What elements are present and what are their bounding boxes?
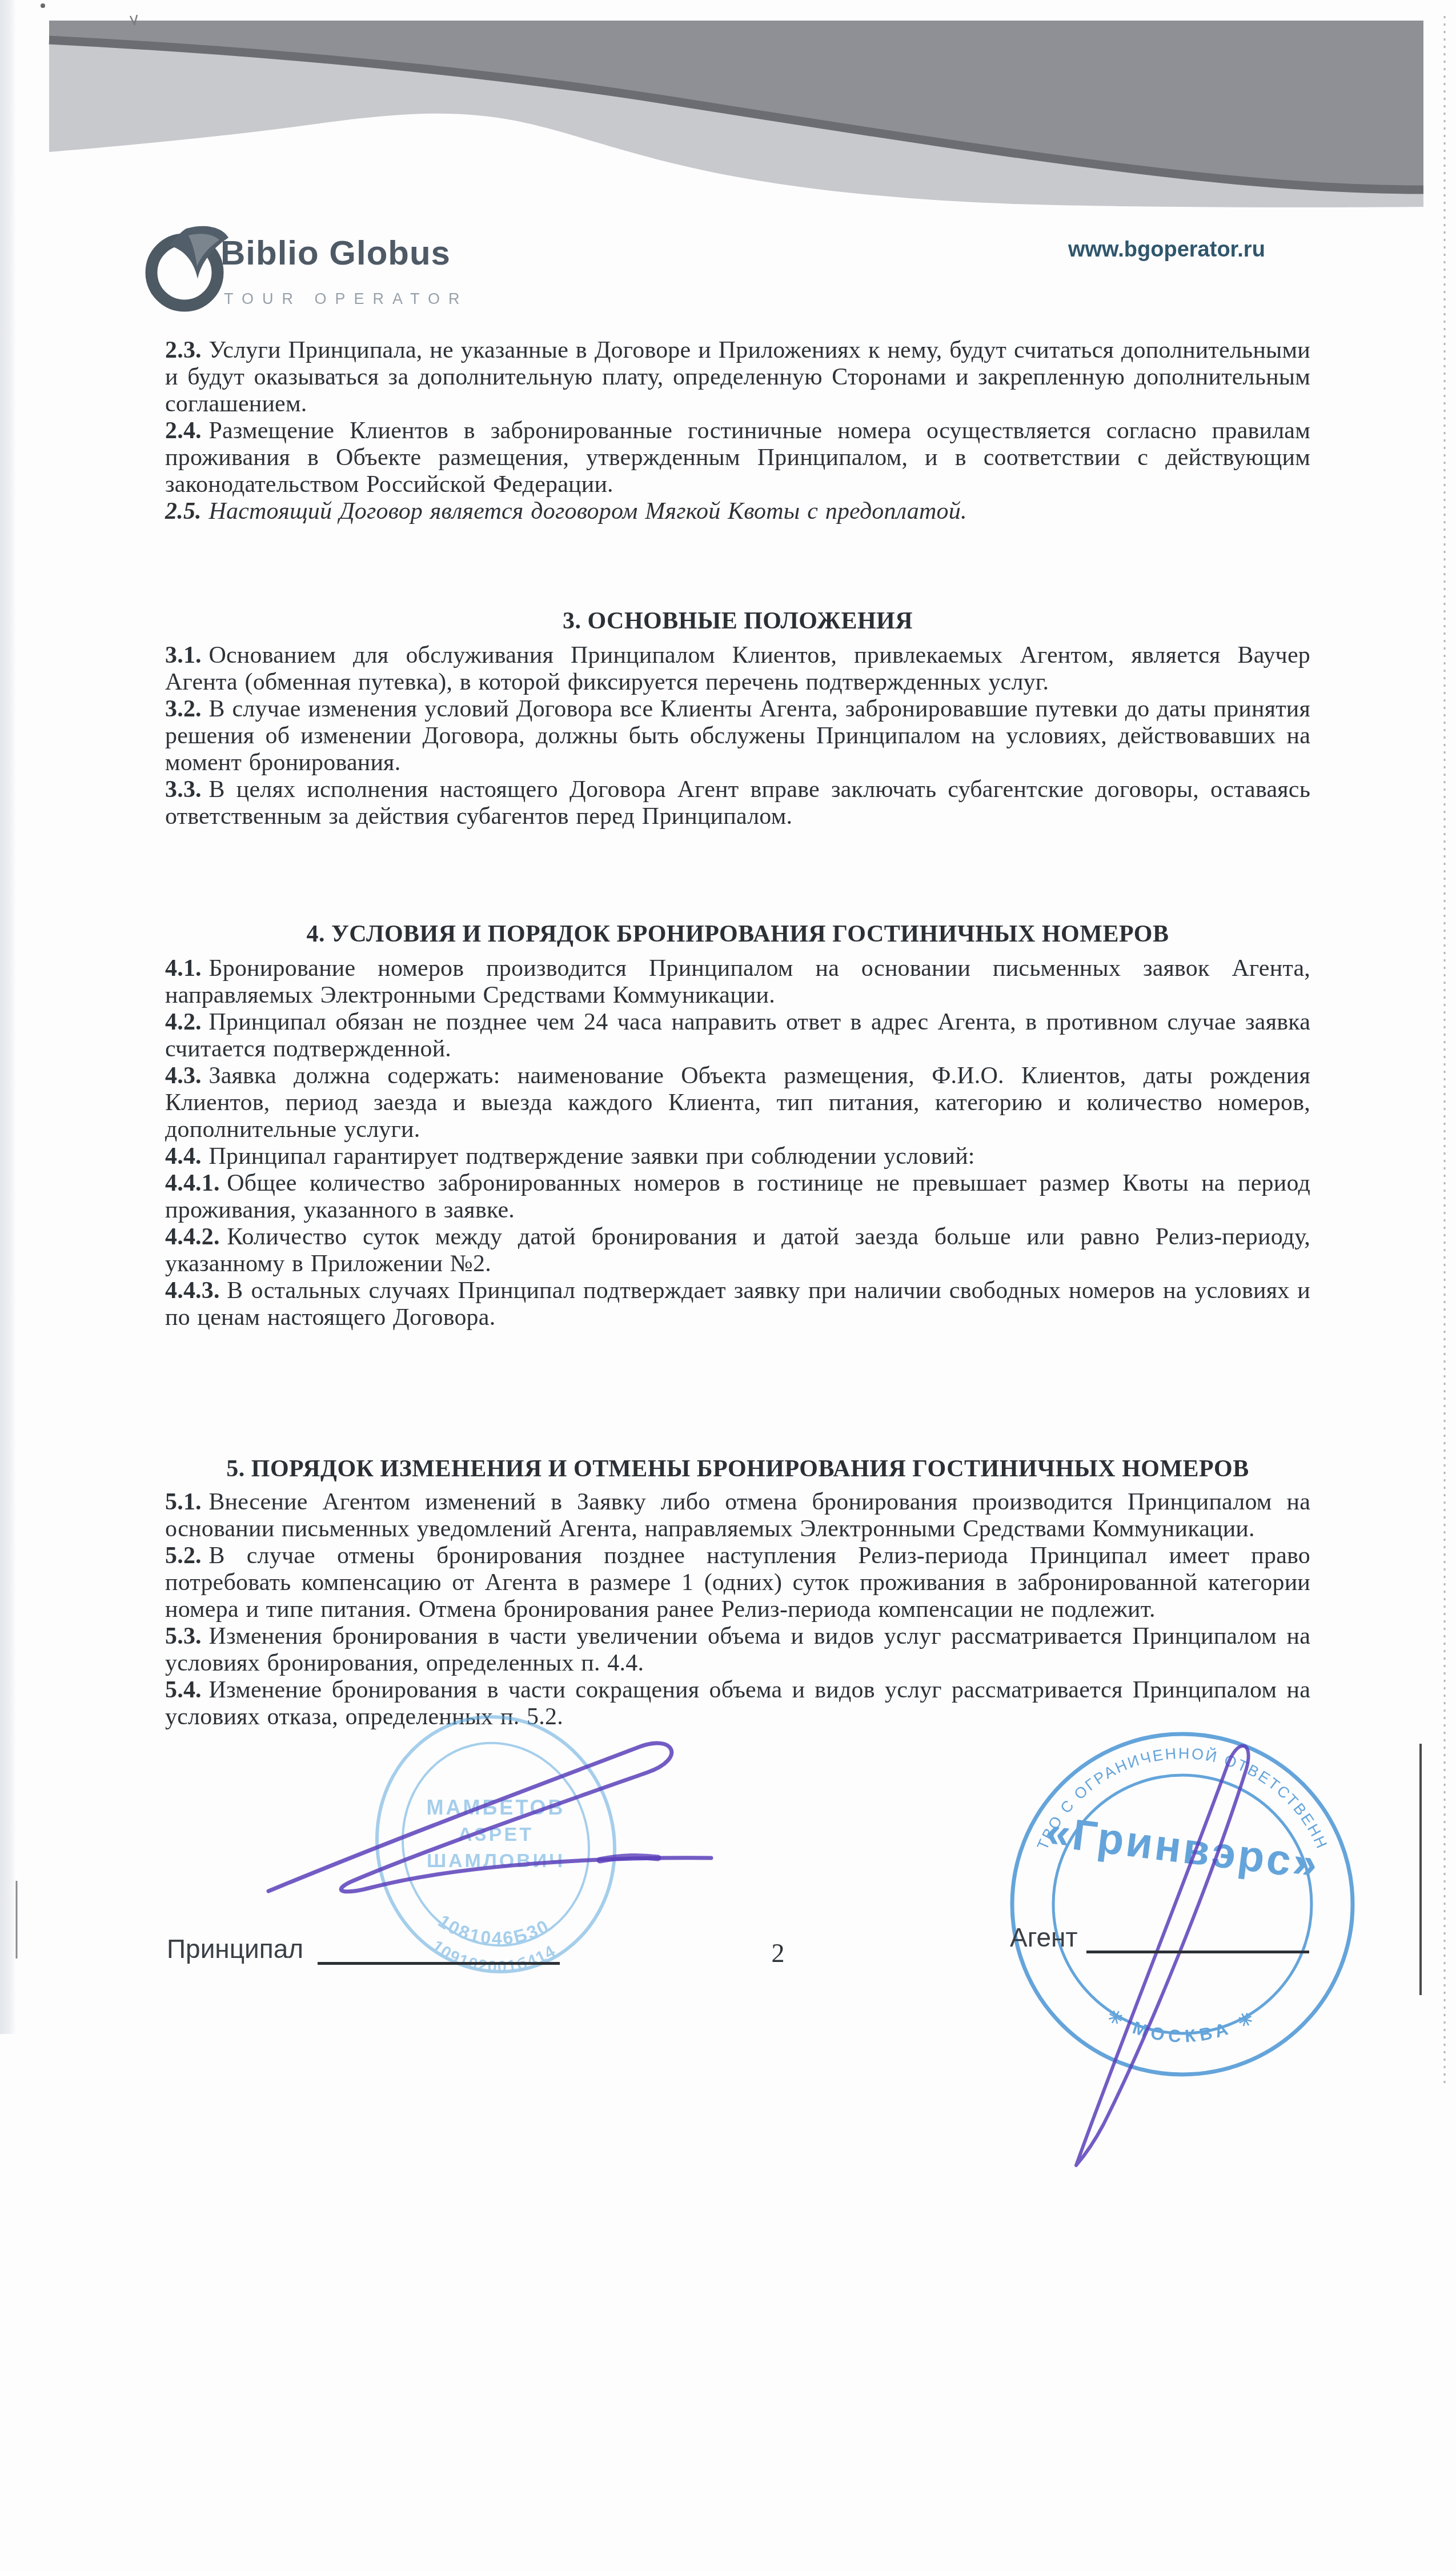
page-number: 2 xyxy=(755,1938,801,1968)
agent-stamp: ОБЩЕСТВО С ОГРАНИЧЕННОЙ ОТВЕТСТВЕННОСТЬЮ… xyxy=(0,0,1353,2075)
agent-signature-line xyxy=(1086,1951,1309,1953)
principal-signature-stroke xyxy=(600,1856,658,1860)
principal-label: Принципал xyxy=(167,1933,303,1964)
principal-stamp: МАМБЕТОВ АЗРЕТ ШАМЛОВИЧ 1081046Б30 10910… xyxy=(350,1692,641,1997)
stamps-and-signatures-layer: МАМБЕТОВ АЗРЕТ ШАМЛОВИЧ 1081046Б30 10910… xyxy=(0,0,1456,2571)
svg-text:1081046Б30: 1081046Б30 xyxy=(434,1911,553,1949)
scan-speck xyxy=(130,15,137,25)
stamp-inn-digits: 1081046Б30 xyxy=(434,1911,553,1949)
agent-label: Агент xyxy=(1010,1922,1078,1953)
agent-signature xyxy=(1076,1746,1249,2165)
svg-text:ОБЩЕСТВО С ОГРАНИЧЕННОЙ ОТВЕТС: ОБЩЕСТВО С ОГРАНИЧЕННОЙ ОТВЕТСТВЕННОСТЬЮ xyxy=(0,0,1331,1852)
principal-signature-line xyxy=(318,1962,560,1965)
scanned-contract-page: { "header": { "logo_title": "Biblio Glob… xyxy=(0,0,1456,2571)
stamp-ring-text: ОБЩЕСТВО С ОГРАНИЧЕННОЙ ОТВЕТСТВЕННОСТЬЮ xyxy=(0,0,1331,1852)
scan-speck xyxy=(41,3,45,8)
